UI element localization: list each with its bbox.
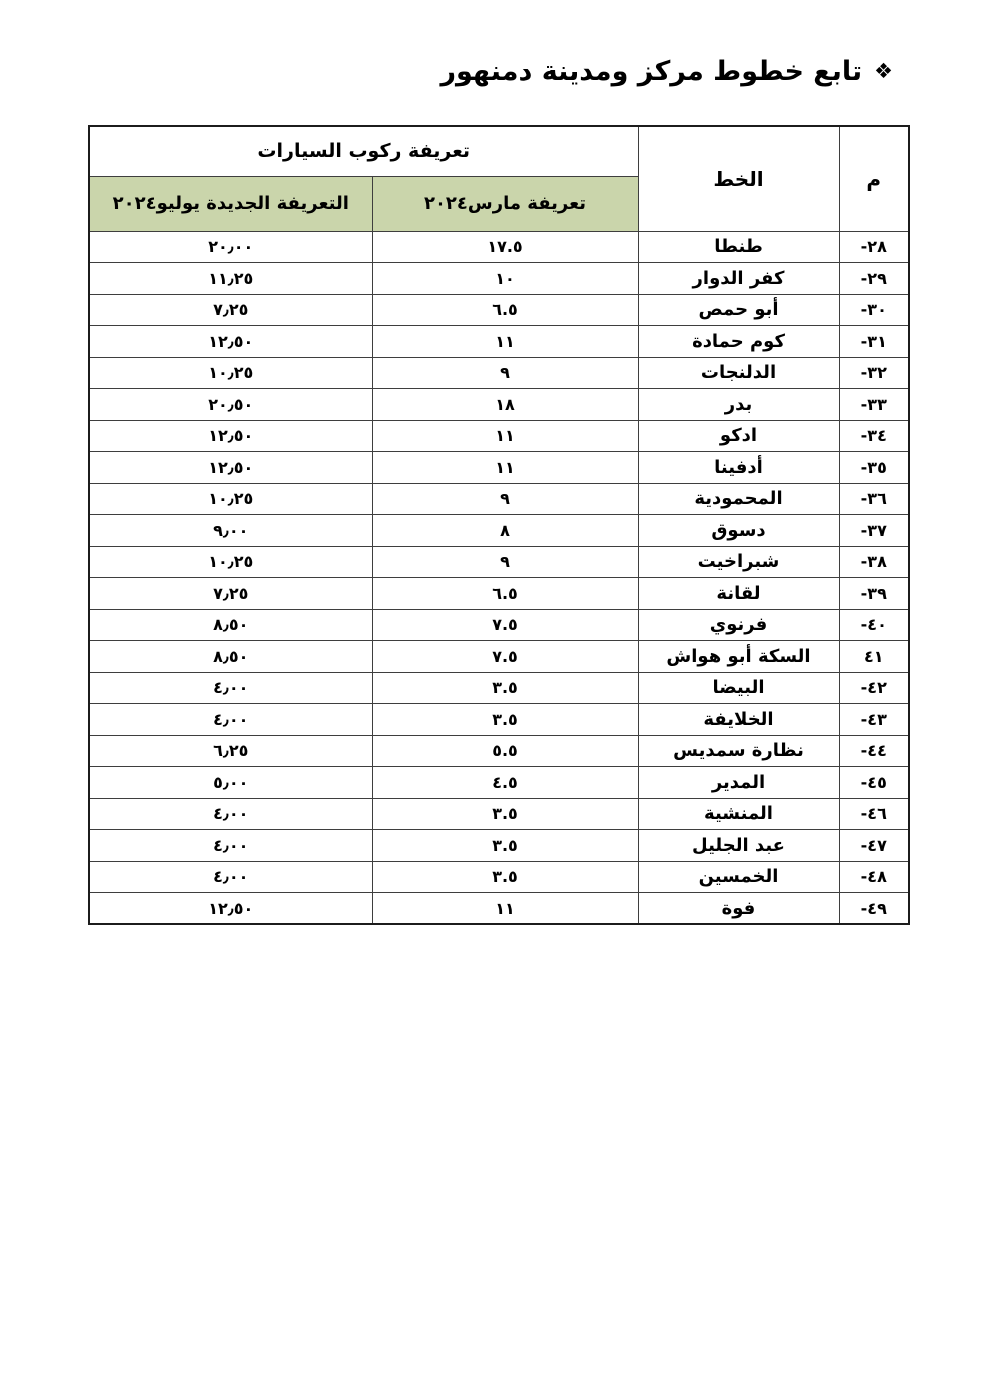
row-num-cell: ٣٦- — [839, 483, 909, 515]
table-row: ٣٣-بدر١٨٢٠٫٥٠ — [89, 389, 909, 421]
line-name-cell: الخلايفة — [638, 704, 839, 736]
new-fare-cell: ١٠٫٢٥ — [89, 357, 372, 389]
line-name-cell: كوم حمادة — [638, 326, 839, 358]
row-num-cell: ٣٨- — [839, 546, 909, 578]
table-row: ٤٧-عبد الجليل٣.٥٤٫٠٠ — [89, 830, 909, 862]
new-fare-cell: ٥٫٠٠ — [89, 767, 372, 799]
march-fare-cell: ٩ — [372, 483, 638, 515]
march-fare-cell: ٦.٥ — [372, 294, 638, 326]
table-row: ٣٥-أدفينا١١١٢٫٥٠ — [89, 452, 909, 484]
row-num-cell: ٤٧- — [839, 830, 909, 862]
march-fare-cell: ٥.٥ — [372, 735, 638, 767]
header-march-fare: تعريفة مارس٢٠٢٤ — [372, 176, 638, 231]
row-num-cell: ٤٦- — [839, 798, 909, 830]
row-num-cell: ٣٠- — [839, 294, 909, 326]
line-name-cell: دسوق — [638, 515, 839, 547]
table-row: ٤٣-الخلايفة٣.٥٤٫٠٠ — [89, 704, 909, 736]
line-name-cell: الدلنجات — [638, 357, 839, 389]
table-row: ٣١-كوم حمادة١١١٢٫٥٠ — [89, 326, 909, 358]
table-row: ٤٨-الخمسين٣.٥٤٫٠٠ — [89, 861, 909, 893]
line-name-cell: المنشية — [638, 798, 839, 830]
header-line: الخط — [638, 126, 839, 231]
table-row: ٣٧-دسوق٨٩٫٠٠ — [89, 515, 909, 547]
line-name-cell: فرنوي — [638, 609, 839, 641]
new-fare-cell: ٤٫٠٠ — [89, 798, 372, 830]
march-fare-cell: ١٨ — [372, 389, 638, 421]
march-fare-cell: ١١ — [372, 420, 638, 452]
row-num-cell: ٣٢- — [839, 357, 909, 389]
table-row: ٣٦-المحمودية٩١٠٫٢٥ — [89, 483, 909, 515]
row-num-cell: ٤٩- — [839, 893, 909, 925]
new-fare-cell: ٤٫٠٠ — [89, 704, 372, 736]
line-name-cell: البيضا — [638, 672, 839, 704]
new-fare-cell: ١٢٫٥٠ — [89, 420, 372, 452]
line-name-cell: السكة أبو هواش — [638, 641, 839, 673]
row-num-cell: ٤١ — [839, 641, 909, 673]
line-name-cell: ادكو — [638, 420, 839, 452]
row-num-cell: ٣١- — [839, 326, 909, 358]
table-row: ٤٥-المدير٤.٥٥٫٠٠ — [89, 767, 909, 799]
march-fare-cell: ٧.٥ — [372, 641, 638, 673]
fares-table: م الخط تعريفة ركوب السيارات تعريفة مارس٢… — [88, 125, 910, 925]
line-name-cell: المحمودية — [638, 483, 839, 515]
row-num-cell: ٤٢- — [839, 672, 909, 704]
page-title-text: تابع خطوط مركز ومدينة دمنهور — [440, 56, 862, 87]
new-fare-cell: ٧٫٢٥ — [89, 294, 372, 326]
header-fare-group: تعريفة ركوب السيارات — [89, 126, 638, 176]
march-fare-cell: ٣.٥ — [372, 798, 638, 830]
line-name-cell: عبد الجليل — [638, 830, 839, 862]
march-fare-cell: ١١ — [372, 326, 638, 358]
new-fare-cell: ١٢٫٥٠ — [89, 893, 372, 925]
new-fare-cell: ١٠٫٢٥ — [89, 483, 372, 515]
march-fare-cell: ٩ — [372, 357, 638, 389]
march-fare-cell: ٨ — [372, 515, 638, 547]
march-fare-cell: ٣.٥ — [372, 861, 638, 893]
header-row-top: م الخط تعريفة ركوب السيارات — [89, 126, 909, 176]
table-row: ٣٩-لقانة٦.٥٧٫٢٥ — [89, 578, 909, 610]
row-num-cell: ٣٤- — [839, 420, 909, 452]
march-fare-cell: ٩ — [372, 546, 638, 578]
march-fare-cell: ٣.٥ — [372, 704, 638, 736]
new-fare-cell: ٦٫٢٥ — [89, 735, 372, 767]
new-fare-cell: ١٢٫٥٠ — [89, 326, 372, 358]
table-row: ٤٩-فوة١١١٢٫٥٠ — [89, 893, 909, 925]
march-fare-cell: ١٠ — [372, 263, 638, 295]
march-fare-cell: ٣.٥ — [372, 830, 638, 862]
row-num-cell: ٤٨- — [839, 861, 909, 893]
diamond-bullet-icon: ❖ — [874, 59, 893, 83]
new-fare-cell: ٨٫٥٠ — [89, 609, 372, 641]
line-name-cell: المدير — [638, 767, 839, 799]
row-num-cell: ٤٤- — [839, 735, 909, 767]
march-fare-cell: ٤.٥ — [372, 767, 638, 799]
march-fare-cell: ٧.٥ — [372, 609, 638, 641]
new-fare-cell: ٨٫٥٠ — [89, 641, 372, 673]
table-row: ٣٤-ادكو١١١٢٫٥٠ — [89, 420, 909, 452]
row-num-cell: ٣٣- — [839, 389, 909, 421]
row-num-cell: ٣٩- — [839, 578, 909, 610]
new-fare-cell: ٤٫٠٠ — [89, 672, 372, 704]
march-fare-cell: ١٧.٥ — [372, 231, 638, 263]
new-fare-cell: ١٠٫٢٥ — [89, 546, 372, 578]
new-fare-cell: ٤٫٠٠ — [89, 830, 372, 862]
line-name-cell: طنطا — [638, 231, 839, 263]
line-name-cell: فوة — [638, 893, 839, 925]
document-page: ❖تابع خطوط مركز ومدينة دمنهور م الخط تعر… — [0, 0, 990, 1400]
new-fare-cell: ٢٠٫٥٠ — [89, 389, 372, 421]
line-name-cell: أبو حمص — [638, 294, 839, 326]
row-num-cell: ٤٠- — [839, 609, 909, 641]
row-num-cell: ٣٧- — [839, 515, 909, 547]
march-fare-cell: ١١ — [372, 893, 638, 925]
line-name-cell: كفر الدوار — [638, 263, 839, 295]
line-name-cell: نظارة سمديس — [638, 735, 839, 767]
new-fare-cell: ١٢٫٥٠ — [89, 452, 372, 484]
march-fare-cell: ١١ — [372, 452, 638, 484]
table-row: ٤١السكة أبو هواش٧.٥٨٫٥٠ — [89, 641, 909, 673]
table-row: ٤٦-المنشية٣.٥٤٫٠٠ — [89, 798, 909, 830]
table-row: ٢٩-كفر الدوار١٠١١٫٢٥ — [89, 263, 909, 295]
table-row: ٤٢-البيضا٣.٥٤٫٠٠ — [89, 672, 909, 704]
line-name-cell: أدفينا — [638, 452, 839, 484]
line-name-cell: لقانة — [638, 578, 839, 610]
row-num-cell: ٤٥- — [839, 767, 909, 799]
table-row: ٤٠-فرنوي٧.٥٨٫٥٠ — [89, 609, 909, 641]
page-title: ❖تابع خطوط مركز ومدينة دمنهور — [440, 56, 893, 87]
table-row: ٣٨-شبراخيت٩١٠٫٢٥ — [89, 546, 909, 578]
row-num-cell: ٣٥- — [839, 452, 909, 484]
row-num-cell: ٢٩- — [839, 263, 909, 295]
march-fare-cell: ٣.٥ — [372, 672, 638, 704]
new-fare-cell: ١١٫٢٥ — [89, 263, 372, 295]
march-fare-cell: ٦.٥ — [372, 578, 638, 610]
line-name-cell: الخمسين — [638, 861, 839, 893]
header-num: م — [839, 126, 909, 231]
table-row: ٣٢-الدلنجات٩١٠٫٢٥ — [89, 357, 909, 389]
row-num-cell: ٢٨- — [839, 231, 909, 263]
new-fare-cell: ٢٠٫٠٠ — [89, 231, 372, 263]
new-fare-cell: ٤٫٠٠ — [89, 861, 372, 893]
table-row: ٣٠-أبو حمص٦.٥٧٫٢٥ — [89, 294, 909, 326]
line-name-cell: شبراخيت — [638, 546, 839, 578]
new-fare-cell: ٧٫٢٥ — [89, 578, 372, 610]
new-fare-cell: ٩٫٠٠ — [89, 515, 372, 547]
row-num-cell: ٤٣- — [839, 704, 909, 736]
table-row: ٢٨-طنطا١٧.٥٢٠٫٠٠ — [89, 231, 909, 263]
table-row: ٤٤-نظارة سمديس٥.٥٦٫٢٥ — [89, 735, 909, 767]
line-name-cell: بدر — [638, 389, 839, 421]
header-new-fare: التعريفة الجديدة يوليو٢٠٢٤ — [89, 176, 372, 231]
